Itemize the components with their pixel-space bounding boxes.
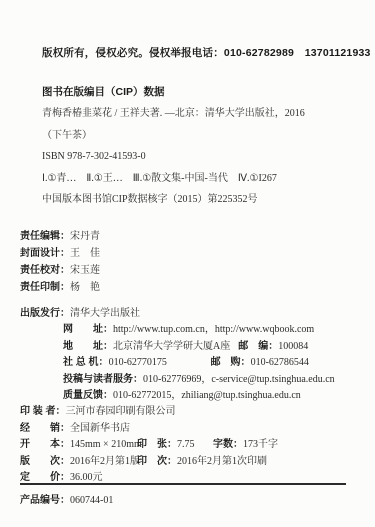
copyright-notice: 版权所有，侵权必究。侵权举报电话：010-62782989 1370112193… [42, 45, 371, 60]
edition-row: 版 次：2016年2月第1版印 次：2016年2月第1次印刷 [20, 454, 335, 470]
reader-service-label: 投稿与读者服务： [63, 374, 143, 385]
credits-block: 责任编辑：宋丹青 封面设计：王 佳 责任校对：宋玉莲 责任印制：杨 艳 [20, 228, 100, 296]
printer-row: 印 装 者：三河市春园印刷有限公司 [20, 404, 335, 420]
cip-header: 图书在版编目（CIP）数据 [42, 84, 165, 99]
product-number-label: 产品编号： [20, 495, 70, 506]
credit-value: 杨 艳 [70, 282, 100, 293]
cip-block: 青梅香椿韭菜花 / 王祥夫著. —北京：清华大学出版社，2016 （下午茶） I… [42, 103, 305, 211]
website-value: http://www.tup.com.cn，http://www.wqbook.… [113, 324, 314, 335]
impression-label: 印 次： [137, 456, 177, 467]
credit-row-proofreader: 责任校对：宋玉莲 [20, 262, 100, 279]
publisher-label: 出版发行： [20, 308, 70, 319]
cip-series-line: （下午茶） [42, 125, 305, 147]
reader-service-value: 010-62776969，c-service@tup.tsinghua.edu.… [143, 374, 335, 385]
credit-row-editor: 责任编辑：宋丹青 [20, 228, 100, 245]
format-label: 开 本： [20, 439, 70, 450]
wordcount-value: 173千字 [243, 439, 278, 450]
credit-value: 宋丹青 [70, 231, 100, 242]
publisher-value: 清华大学出版社 [70, 308, 140, 319]
distributor-row: 经 销：全国新华书店 [20, 421, 335, 437]
switchboard-value: 010-62770175 [109, 355, 211, 371]
impression-value: 2016年2月第1次印刷 [177, 456, 267, 467]
publisher-row: 出版发行：清华大学出版社 [20, 306, 335, 322]
credit-value: 王 佳 [70, 248, 100, 259]
quality-feedback-row: 质量反馈：010-62772015，zhiliang@tup.tsinghua.… [20, 388, 335, 404]
switchboard-row: 社 总 机：010-62770175邮 购：010-62786544 [20, 355, 335, 371]
product-number-value: 060744-01 [70, 495, 113, 506]
switchboard-label: 社 总 机： [63, 357, 109, 368]
credit-label: 责任印制： [20, 282, 70, 293]
price-value: 36.00元 [70, 472, 103, 483]
cip-isbn-line: ISBN 978-7-302-41593-0 [42, 146, 305, 168]
printer-label: 印 装 者： [20, 406, 66, 417]
cip-title-line: 青梅香椿韭菜花 / 王祥夫著. —北京：清华大学出版社，2016 [42, 103, 305, 125]
price-label: 定 价： [20, 472, 70, 483]
quality-feedback-label: 质量反馈： [63, 390, 113, 401]
zipcode-value: 100084 [278, 341, 308, 352]
sheets-label: 印 张： [137, 439, 177, 450]
distributor-label: 经 销： [20, 423, 70, 434]
format-row: 开 本：145mm × 210mm印 张：7.75字数：173千字 [20, 437, 335, 453]
cip-classification-line: Ⅰ.①青… Ⅱ.①王… Ⅲ.①散文集-中国-当代 Ⅳ.①I267 [42, 168, 305, 190]
sheets-value: 7.75 [177, 437, 213, 453]
address-label: 地 址： [63, 341, 113, 352]
divider-rule [20, 483, 346, 485]
mailorder-label: 邮 购： [211, 357, 251, 368]
website-label: 网 址： [63, 324, 113, 335]
credit-label: 责任校对： [20, 265, 70, 276]
website-row: 网 址：http://www.tup.com.cn，http://www.wqb… [20, 322, 335, 338]
printer-value: 三河市春园印刷有限公司 [66, 406, 176, 417]
address-value: 北京清华大学学研大厦A座 [113, 341, 230, 352]
product-number-row: 产品编号：060744-01 [20, 491, 113, 506]
credit-value: 宋玉莲 [70, 265, 100, 276]
credit-label: 封面设计： [20, 248, 70, 259]
edition-label: 版 次： [20, 456, 70, 467]
reader-service-row: 投稿与读者服务：010-62776969，c-service@tup.tsing… [20, 372, 335, 388]
credit-label: 责任编辑： [20, 231, 70, 242]
credit-row-print-supervisor: 责任印制：杨 艳 [20, 279, 100, 296]
wordcount-label: 字数： [213, 439, 243, 450]
distributor-value: 全国新华书店 [70, 423, 130, 434]
address-row: 地 址：北京清华大学学研大厦A座邮 编：100084 [20, 339, 335, 355]
quality-feedback-value: 010-62772015，zhiliang@tup.tsinghua.edu.c… [113, 390, 301, 401]
zipcode-label: 邮 编： [238, 341, 278, 352]
publisher-block: 出版发行：清华大学出版社 网 址：http://www.tup.com.cn，h… [20, 306, 335, 486]
format-value: 145mm × 210mm [70, 437, 137, 453]
copyright-page: 版权所有，侵权必究。侵权举报电话：010-62782989 1370112193… [0, 0, 375, 527]
mailorder-value: 010-62786544 [251, 357, 309, 368]
credit-row-cover-design: 封面设计：王 佳 [20, 245, 100, 262]
edition-value: 2016年2月第1版 [70, 454, 137, 470]
cip-record-line: 中国版本图书馆CIP数据核字（2015）第225352号 [42, 189, 305, 211]
